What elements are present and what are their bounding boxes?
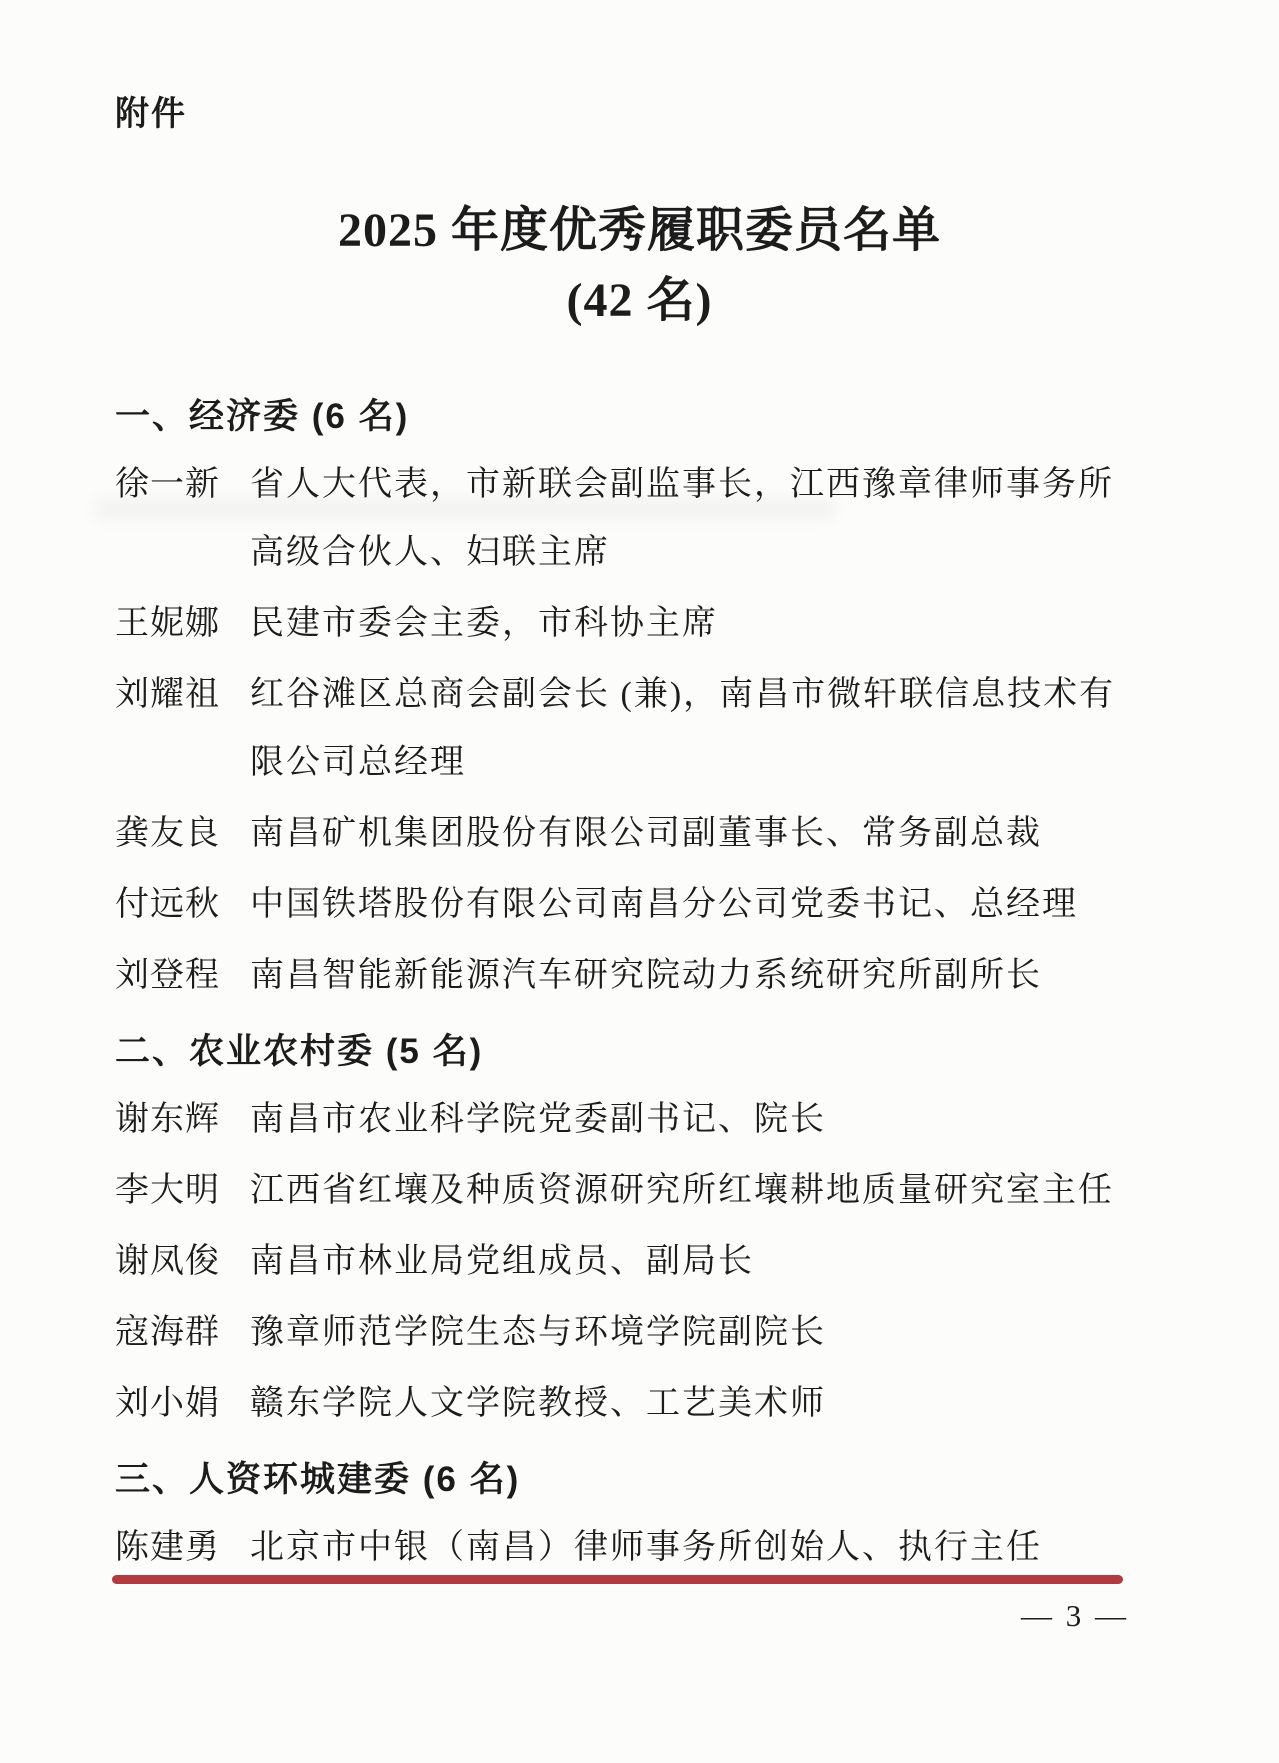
member-row: 付远秋 中国铁塔股份有限公司南昌分公司党委书记、总经理 <box>115 871 1145 939</box>
member-row: 谢凤俊 南昌市林业局党组成员、副局长 <box>115 1228 1145 1296</box>
member-description: 南昌市农业科学院党委副书记、院长 <box>250 1086 1130 1154</box>
member-row: 谢东辉 南昌市农业科学院党委副书记、院长 <box>115 1086 1145 1154</box>
section-heading: 一、经济委 (6 名) <box>115 383 1145 451</box>
member-name: 谢凤俊 <box>115 1228 217 1296</box>
member-name: 刘耀祖 <box>115 661 217 729</box>
section-resources-environment: 三、人资环城建委 (6 名) 陈建勇 北京市中银（南昌）律师事务所创始人、执行主… <box>115 1446 1145 1582</box>
member-description: 中国铁塔股份有限公司南昌分公司党委书记、总经理 <box>250 871 1130 939</box>
member-description: 北京市中银（南昌）律师事务所创始人、执行主任 <box>250 1514 1130 1582</box>
section-economy: 一、经济委 (6 名) 徐一新 省人大代表，市新联会副监事长，江西豫章律师事务所… <box>115 383 1145 1010</box>
member-row: 刘耀祖 红谷滩区总商会副会长 (兼)，南昌市微轩联信息技术有限公司总经理 <box>115 661 1145 797</box>
member-row: 寇海群 豫章师范学院生态与环境学院副院长 <box>115 1299 1145 1367</box>
page-number: — 3 — <box>1021 1596 1129 1636</box>
member-row: 李大明 江西省红壤及种质资源研究所红壤耕地质量研究室主任 <box>115 1157 1145 1225</box>
member-description: 南昌矿机集团股份有限公司副董事长、常务副总裁 <box>250 800 1130 868</box>
document-body: 一、经济委 (6 名) 徐一新 省人大代表，市新联会副监事长，江西豫章律师事务所… <box>115 375 1145 1585</box>
scanned-document-page: 附件 2025 年度优秀履职委员名单 (42 名) 一、经济委 (6 名) 徐一… <box>0 0 1279 1763</box>
document-subtitle: (42 名) <box>0 266 1279 336</box>
member-name: 徐一新 <box>115 451 217 519</box>
member-name: 李大明 <box>115 1157 217 1225</box>
member-description: 红谷滩区总商会副会长 (兼)，南昌市微轩联信息技术有限公司总经理 <box>250 661 1130 797</box>
section-heading: 三、人资环城建委 (6 名) <box>115 1446 1145 1514</box>
member-description: 省人大代表，市新联会副监事长，江西豫章律师事务所高级合伙人、妇联主席 <box>250 451 1130 587</box>
member-description: 南昌智能新能源汽车研究院动力系统研究所副所长 <box>250 942 1130 1010</box>
section-heading: 二、农业农村委 (5 名) <box>115 1018 1145 1086</box>
member-description: 江西省红壤及种质资源研究所红壤耕地质量研究室主任 <box>250 1157 1130 1225</box>
section-agriculture: 二、农业农村委 (5 名) 谢东辉 南昌市农业科学院党委副书记、院长 李大明 江… <box>115 1018 1145 1438</box>
red-highlight-underline <box>112 1575 1123 1584</box>
member-name: 龚友良 <box>115 800 217 868</box>
member-name: 刘登程 <box>115 942 217 1010</box>
member-name: 寇海群 <box>115 1299 217 1367</box>
member-row: 刘登程 南昌智能新能源汽车研究院动力系统研究所副所长 <box>115 942 1145 1010</box>
member-row: 刘小娟 赣东学院人文学院教授、工艺美术师 <box>115 1370 1145 1438</box>
member-name: 刘小娟 <box>115 1370 217 1438</box>
member-row: 陈建勇 北京市中银（南昌）律师事务所创始人、执行主任 <box>115 1514 1145 1582</box>
attachment-label: 附件 <box>115 92 187 136</box>
document-title: 2025 年度优秀履职委员名单 <box>0 196 1279 266</box>
member-row: 龚友良 南昌矿机集团股份有限公司副董事长、常务副总裁 <box>115 800 1145 868</box>
member-row: 王妮娜 民建市委会主委，市科协主席 <box>115 590 1145 658</box>
member-description: 赣东学院人文学院教授、工艺美术师 <box>250 1370 1130 1438</box>
member-name: 付远秋 <box>115 871 217 939</box>
member-row: 徐一新 省人大代表，市新联会副监事长，江西豫章律师事务所高级合伙人、妇联主席 <box>115 451 1145 587</box>
member-description: 民建市委会主委，市科协主席 <box>250 590 1130 658</box>
member-name: 陈建勇 <box>115 1514 217 1582</box>
member-description: 南昌市林业局党组成员、副局长 <box>250 1228 1130 1296</box>
member-name: 王妮娜 <box>115 590 217 658</box>
member-description: 豫章师范学院生态与环境学院副院长 <box>250 1299 1130 1367</box>
member-name: 谢东辉 <box>115 1086 217 1154</box>
